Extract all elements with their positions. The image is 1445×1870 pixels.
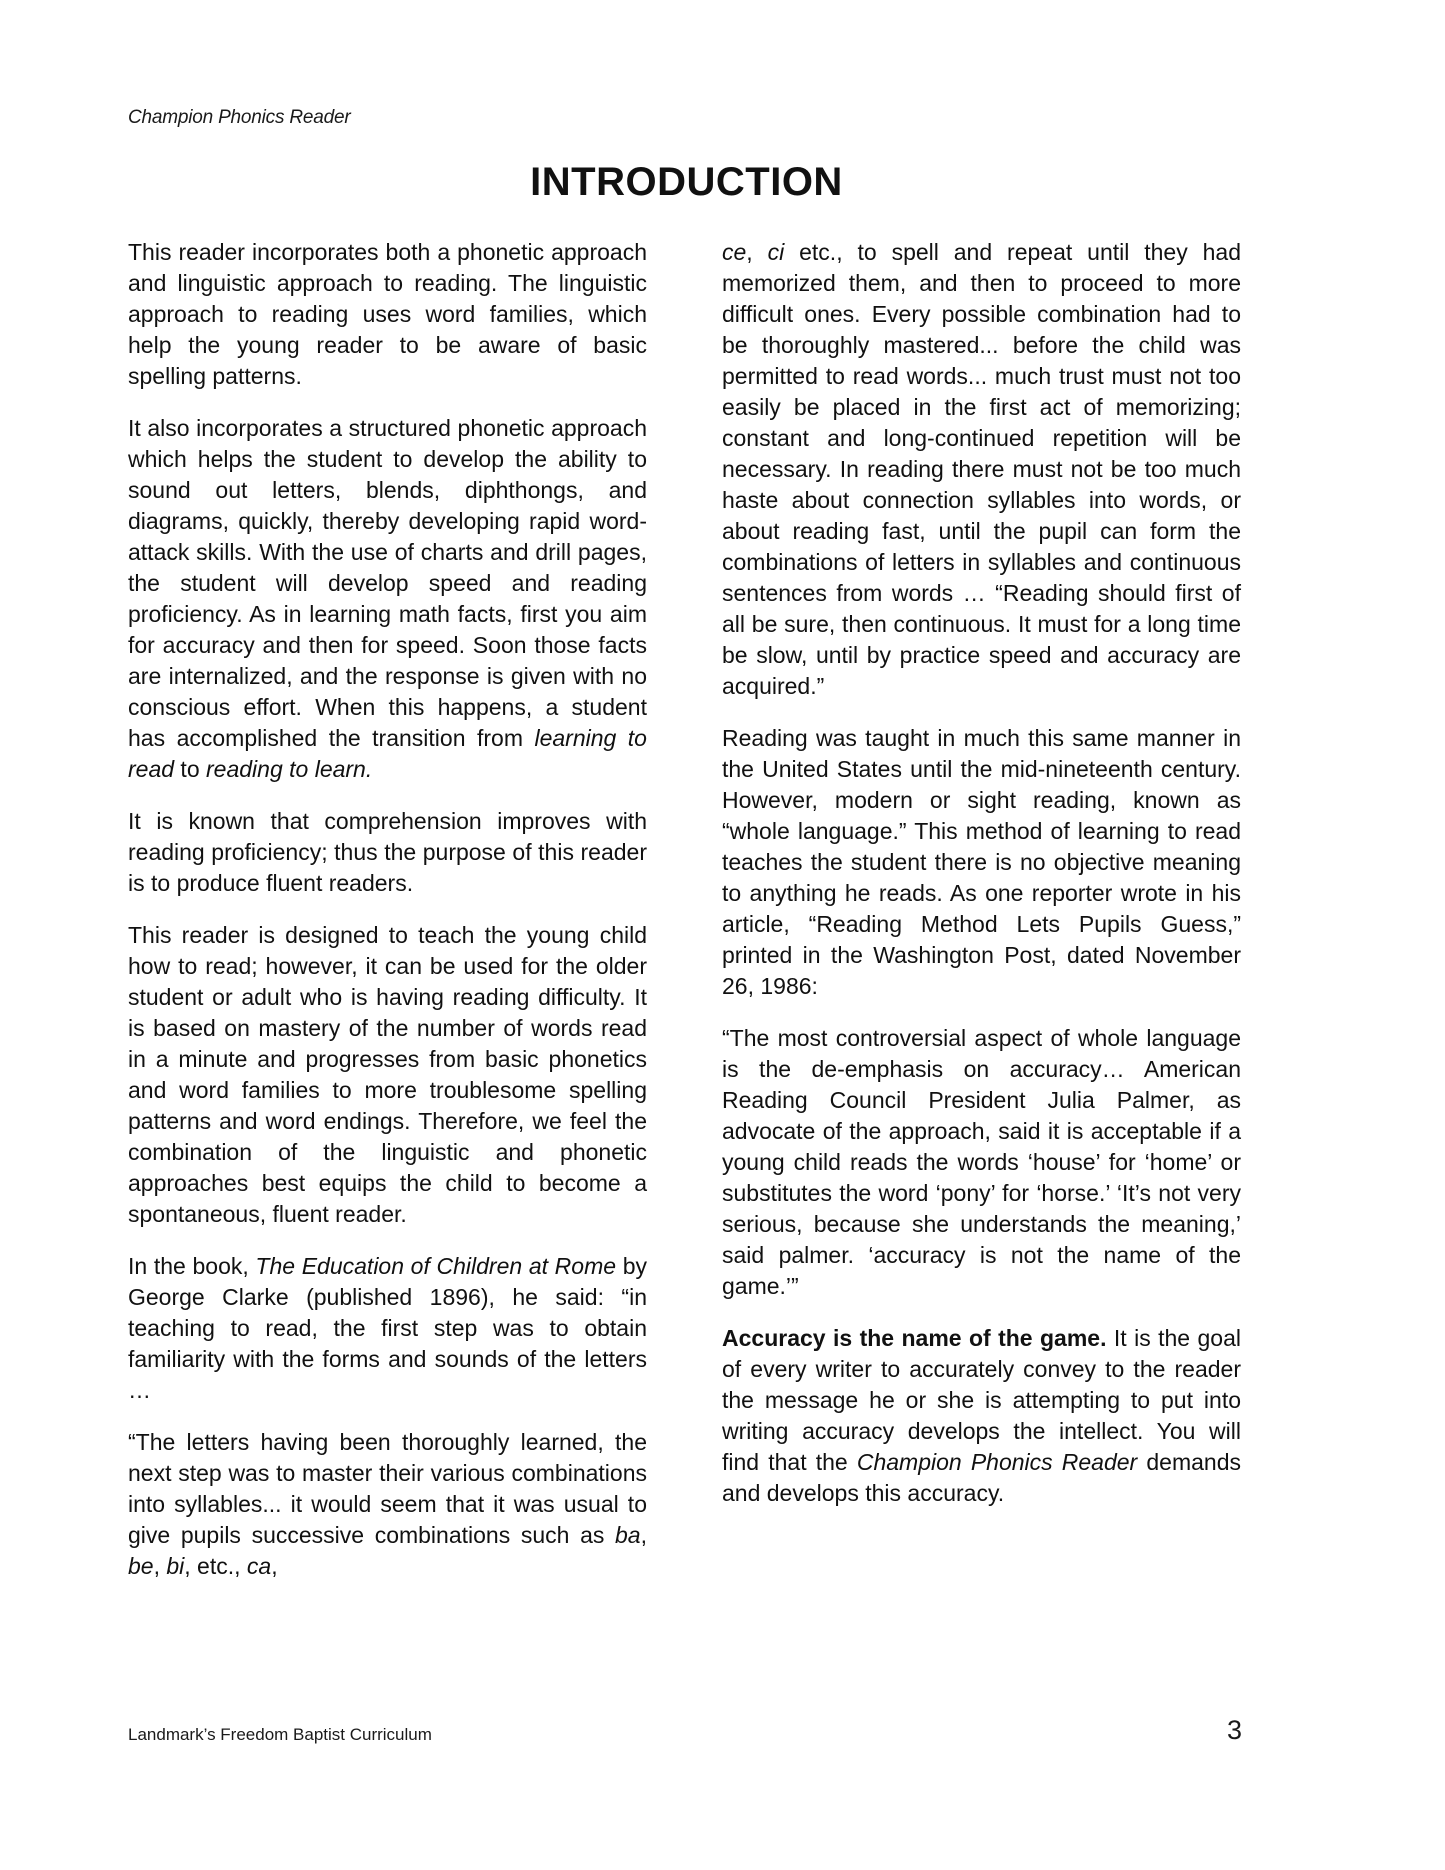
page-title: INTRODUCTION [0,160,1373,205]
text-run: “The letters having been thoroughly lear… [128,1429,647,1548]
paragraph: Accuracy is the name of the game. It is … [722,1323,1241,1509]
paragraph: It is known that comprehension improves … [128,806,647,899]
page-number: 3 [1200,1715,1242,1746]
emphasis-text: ba [615,1522,641,1548]
text-run: , [641,1522,647,1548]
text-run: etc., to spell and repeat until they had… [722,239,1241,699]
paragraph: Reading was taught in much this same man… [722,723,1241,1002]
emphasis-text: ce [722,239,746,265]
footer-publisher: Landmark’s Freedom Baptist Curriculum [128,1725,432,1745]
paragraph: In the book, The Education of Children a… [128,1251,647,1406]
left-column: This reader incorporates both a phonetic… [128,237,647,1603]
text-run: , etc., [184,1553,247,1579]
text-run: In the book, [128,1253,255,1279]
text-run: , [154,1553,167,1579]
text-run: , [271,1553,277,1579]
paragraph: It also incorporates a structured phonet… [128,413,647,785]
bold-lead-text: Accuracy is the name of the game. [722,1325,1107,1351]
text-run: to [174,756,206,782]
emphasis-text: bi [166,1553,184,1579]
right-column: ce, ci etc., to spell and repeat until t… [722,237,1241,1530]
paragraph: “The letters having been thoroughly lear… [128,1427,647,1582]
paragraph: “The most controversial aspect of whole … [722,1023,1241,1302]
emphasis-text: reading to learn. [206,756,372,782]
book-title: Champion Phonics Reader [857,1449,1137,1475]
emphasis-text: ca [247,1553,271,1579]
emphasis-text: ci [768,239,785,265]
paragraph: This reader incorporates both a phonetic… [128,237,647,392]
paragraph: ce, ci etc., to spell and repeat until t… [722,237,1241,702]
emphasis-text: be [128,1553,154,1579]
book-title: The Education of Children at Rome [255,1253,616,1279]
paragraph: This reader is designed to teach the you… [128,920,647,1230]
text-run: It also incorporates a structured phonet… [128,415,647,751]
running-header: Champion Phonics Reader [128,107,350,129]
text-run: , [746,239,767,265]
